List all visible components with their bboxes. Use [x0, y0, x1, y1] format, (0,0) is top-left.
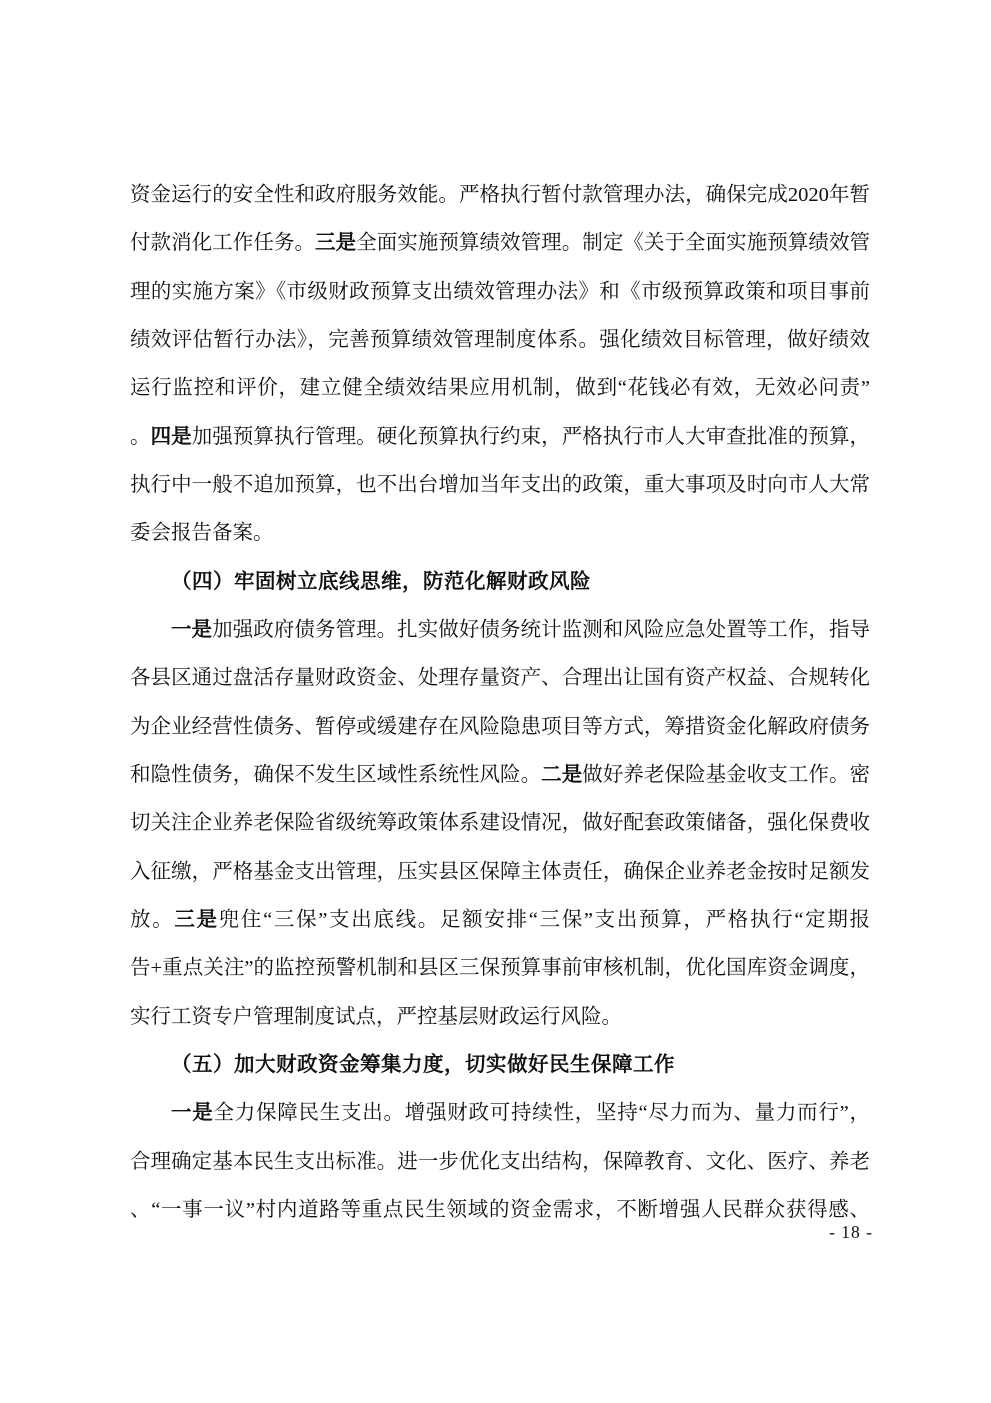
text-line: 各县区通过盘活存量财政资金、处理存量资产、合理出让国有资产权益、合规转化 [130, 654, 870, 702]
text-run: 加强政府债务管理。扎实做好债务统计监测和风险应急处置等工作，指导 [212, 619, 870, 641]
document-page: 资金运行的安全性和政府服务效能。严格执行暂付款管理办法，确保完成2020年暂付款… [0, 0, 991, 1403]
text-run: 绩效评估暂行办法》，完善预算绩效管理制度体系。强化绩效目标管理，做好绩效 [130, 329, 870, 351]
text-line: 为企业经营性债务、暂停或缓建存在风险隐患项目等方式，筹措资金化解政府债务 [130, 703, 870, 751]
text-line: 切关注企业养老保险省级统筹政策体系建设情况，做好配套政策储备，强化保费收 [130, 799, 870, 847]
text-run: 全力保障民生支出。增强财政可持续性，坚持“尽力而为、量力而行”， [214, 1102, 871, 1124]
emphasis-run: （五）加大财政资金筹集力度，切实做好民生保障工作 [171, 1054, 675, 1076]
text-line: 、“一事一议”村内道路等重点民生领域的资金需求，不断增强人民群众获得感、 [130, 1186, 870, 1234]
text-line: 入征缴，严格基金支出管理，压实县区保障主体责任，确保企业养老金按时足额发 [130, 848, 870, 896]
text-run: 兜住“三保”支出底线。足额安排“三保”支出预算，严格执行“定期报 [219, 909, 870, 931]
emphasis-run: 二是 [541, 764, 582, 786]
text-run: 执行中一般不追加预算，也不出台增加当年支出的政策，重大事项及时向市人大常 [130, 474, 870, 496]
text-run: 加强预算执行管理。硬化预算执行约束，严格执行市人大审查批准的预算， [192, 426, 870, 448]
text-line: 告+重点关注”的监控预警机制和县区三保预算事前审核机制，优化国库资金调度， [130, 944, 870, 992]
text-run: 、“一事一议”村内道路等重点民生领域的资金需求，不断增强人民群众获得感、 [130, 1199, 870, 1221]
text-run: 入征缴，严格基金支出管理，压实县区保障主体责任，确保企业养老金按时足额发 [130, 861, 870, 883]
text-line: 实行工资专户管理制度试点，严控基层财政运行风险。 [130, 993, 870, 1041]
text-line: 运行监控和评价，建立健全绩效结果应用机制，做到“花钱必有效，无效必问责” [130, 364, 870, 412]
emphasis-run: （四）牢固树立底线思维，防范化解财政风险 [171, 571, 591, 593]
emphasis-run: 三是 [315, 232, 356, 254]
text-run: 和隐性债务，确保不发生区域性系统性风险。 [130, 764, 541, 786]
document-body: 资金运行的安全性和政府服务效能。严格执行暂付款管理办法，确保完成2020年暂付款… [130, 171, 870, 1234]
section-heading: （四）牢固树立底线思维，防范化解财政风险 [130, 558, 870, 606]
text-run: 资金运行的安全性和政府服务效能。严格执行暂付款管理办法，确保完成2020年暂 [130, 184, 870, 206]
emphasis-run: 一是 [171, 1102, 214, 1124]
text-run: 告+重点关注”的监控预警机制和县区三保预算事前审核机制，优化国库资金调度， [130, 957, 870, 979]
page-number: - 18 - [829, 1220, 873, 1244]
text-line: 理的实施方案》《市级财政预算支出绩效管理办法》和《市级预算政策和项目事前 [130, 268, 870, 316]
text-line: 和隐性债务，确保不发生区域性系统性风险。二是做好养老保险基金收支工作。密 [130, 751, 870, 799]
text-line: 绩效评估暂行办法》，完善预算绩效管理制度体系。强化绩效目标管理，做好绩效 [130, 316, 870, 364]
text-line: 资金运行的安全性和政府服务效能。严格执行暂付款管理办法，确保完成2020年暂 [130, 171, 870, 219]
text-line: 合理确定基本民生支出标准。进一步优化支出结构，保障教育、文化、医疗、养老 [130, 1138, 870, 1186]
text-run: 做好养老保险基金收支工作。密 [582, 764, 870, 786]
text-run: 为企业经营性债务、暂停或缓建存在风险隐患项目等方式，筹措资金化解政府债务 [130, 716, 870, 738]
text-run: 理的实施方案》《市级财政预算支出绩效管理办法》和《市级预算政策和项目事前 [130, 281, 870, 303]
text-run: 各县区通过盘活存量财政资金、处理存量资产、合理出让国有资产权益、合规转化 [130, 667, 870, 689]
emphasis-run: 四是 [151, 426, 192, 448]
text-run: 放。 [130, 909, 174, 931]
text-run: 。 [130, 426, 151, 448]
text-line: 一是加强政府债务管理。扎实做好债务统计监测和风险应急处置等工作，指导 [130, 606, 870, 654]
text-run: 合理确定基本民生支出标准。进一步优化支出结构，保障教育、文化、医疗、养老 [130, 1151, 870, 1173]
text-run: 切关注企业养老保险省级统筹政策体系建设情况，做好配套政策储备，强化保费收 [130, 812, 870, 834]
text-line: 付款消化工作任务。三是全面实施预算绩效管理。制定《关于全面实施预算绩效管 [130, 219, 870, 267]
emphasis-run: 三是 [174, 909, 218, 931]
text-run: 付款消化工作任务。 [130, 232, 315, 254]
section-heading: （五）加大财政资金筹集力度，切实做好民生保障工作 [130, 1041, 870, 1089]
emphasis-run: 一是 [171, 619, 212, 641]
text-line: 。四是加强预算执行管理。硬化预算执行约束，严格执行市人大审查批准的预算， [130, 413, 870, 461]
text-line: 放。三是兜住“三保”支出底线。足额安排“三保”支出预算，严格执行“定期报 [130, 896, 870, 944]
text-run: 全面实施预算绩效管理。制定《关于全面实施预算绩效管 [356, 232, 870, 254]
text-line: 执行中一般不追加预算，也不出台增加当年支出的政策，重大事项及时向市人大常 [130, 461, 870, 509]
text-line: 委会报告备案。 [130, 509, 870, 557]
text-run: 实行工资专户管理制度试点，严控基层财政运行风险。 [130, 1006, 622, 1028]
text-run: 委会报告备案。 [130, 522, 274, 544]
text-line: 一是全力保障民生支出。增强财政可持续性，坚持“尽力而为、量力而行”， [130, 1089, 870, 1137]
text-run: 运行监控和评价，建立健全绩效结果应用机制，做到“花钱必有效，无效必问责” [130, 377, 870, 399]
